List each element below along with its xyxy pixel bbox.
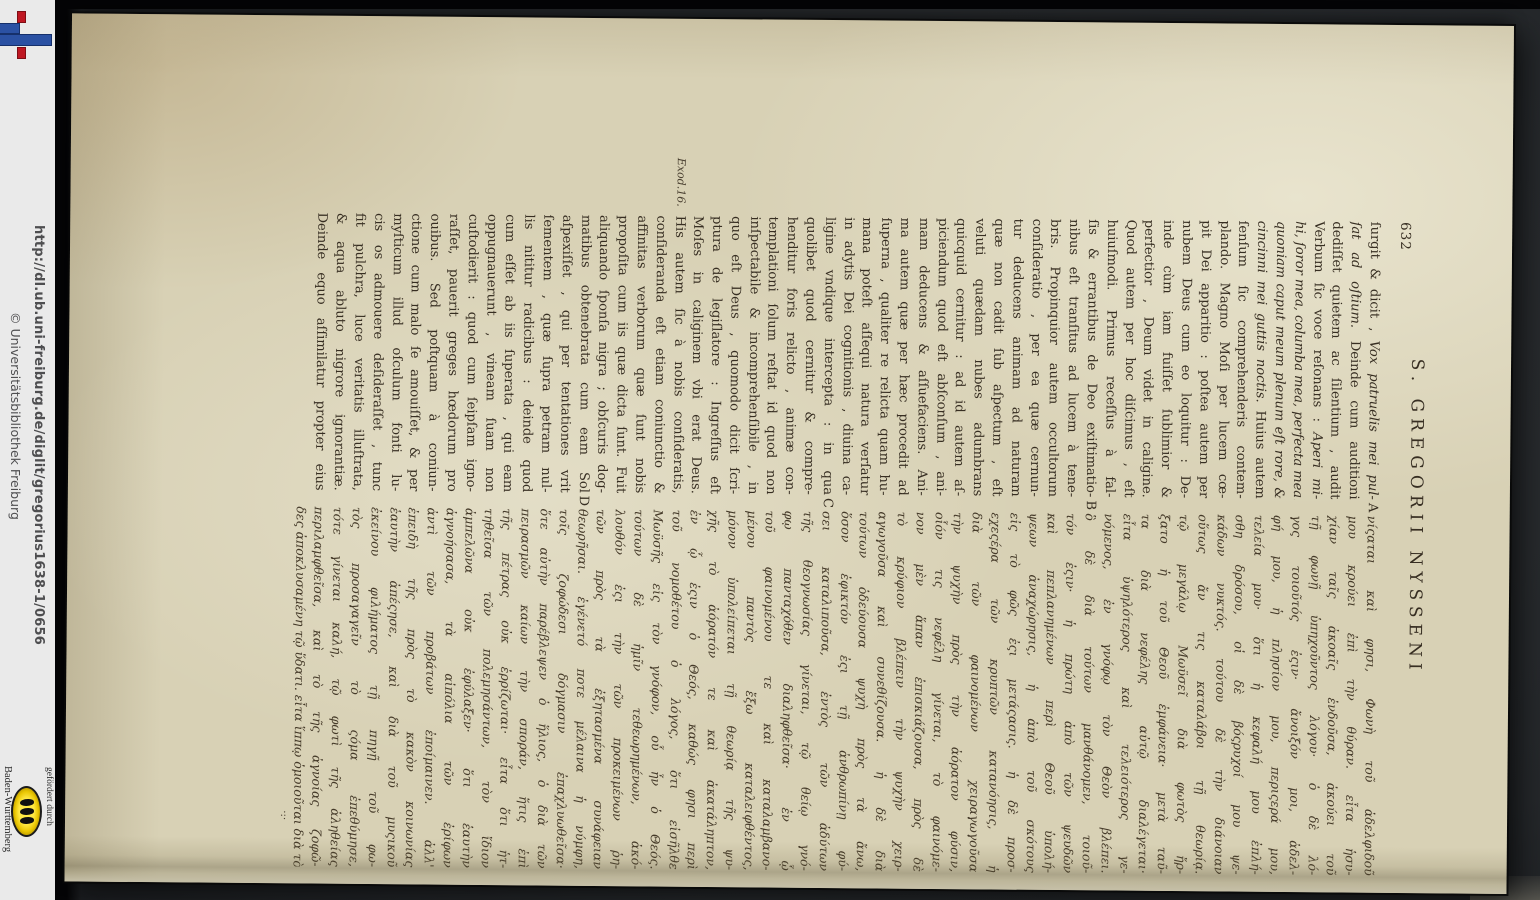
section-marker	[515, 492, 534, 508]
latin-line: nibus eſt tranſitus ad lucem à tene-	[1060, 219, 1081, 497]
latin-line: perfectior , Deum videt in caligine.	[1136, 220, 1157, 498]
latin-line: cum eſſet ab iis ſuperata , qui eam	[496, 214, 517, 492]
latin-line: matibus obtenebrata cum eam Sol	[572, 215, 593, 493]
greek-line: τότε γίνεται καλή, τῷ φωτὶ τῆς ἀληθείας	[324, 507, 346, 867]
greek-line: ὅσον ἐφικτόν ἐςι τῇ ἀνθρωπίνῃ φύ-	[831, 511, 853, 871]
greek-line: τούτων δὲ ἡμῖν τεθεωρημένων, ἀκό-	[625, 509, 647, 869]
latin-line: myſticum illud oſculum fonti lu-	[384, 213, 405, 491]
section-marker	[929, 496, 948, 512]
lion-mark-icon	[20, 799, 34, 806]
greek-line: οἷόν τις νεφέλη γίνεται, τὸ φαινόμε-	[925, 512, 947, 872]
running-header: S. GREGORII NYSSENI	[1403, 222, 1428, 812]
latin-line: templationi ſolum reſtat id quod non	[760, 216, 781, 494]
section-marker	[1023, 497, 1042, 513]
greek-line: τὴν ψυχὴν πρὸς τὴν ἀόρατον φύσιν,	[944, 512, 966, 872]
logo-blue-bar-short-icon	[0, 23, 20, 34]
greek-line: αγωγοῦσα καὶ συνεθίζουσα. ἡ δὲ διὰ	[869, 511, 891, 871]
section-marker	[1286, 499, 1305, 515]
logo-blue-bar-long-icon	[0, 34, 52, 46]
section-marker: A	[1361, 500, 1380, 516]
greek-line: ἐν ᾧ ἐςιν ὁ Θεός, καθώς φησι περὶ	[681, 510, 703, 870]
latin-line: aliquando ſponſa nigra ; obſcuris dog-	[590, 215, 611, 493]
section-marker	[1342, 500, 1361, 516]
section-marker	[1229, 499, 1248, 515]
greek-line: τα διὰ νεφέλης αὐτῷ διαλέγεται·	[1132, 514, 1154, 874]
greek-line: τῷ μεγάλῳ Μωϋσεῖ διὰ φωτὸς ἤρ-	[1170, 514, 1192, 874]
latin-line: cuſtodierit : quod cum ſeipſam igno-	[459, 214, 480, 492]
section-marker: D	[571, 493, 590, 509]
latin-line: aſpexiſſet , qui per tentationes vrit	[553, 215, 574, 493]
greek-line: πειρασμῶν καίων τὴν σποράν, ἥτις ἐπὶ	[512, 508, 534, 868]
greek-line: νόμενος, ἐν γνόφῳ τὸν Θεὸν βλέπει.	[1095, 513, 1117, 873]
latin-line: huiuſmodi. Primus receſſus à fal-	[1098, 219, 1119, 497]
latin-line: quolibet quod cernitur & compre-	[797, 217, 818, 495]
greek-line: τηθεῖσα τῶν πολεμησάντων, τὸν ἴδιον	[474, 508, 496, 868]
greek-line: εἰς τὸ φῶς ἐςι μετάςασις. ἡ δὲ προσ-	[1001, 513, 1023, 873]
section-marker	[421, 491, 440, 507]
greek-line: τοῦ φαινομένου τε καὶ καταλαμβανο-	[756, 510, 778, 870]
greek-line: ἑαυτὴν ἀπέςησε, καὶ διὰ τοῦ μυςικοῦ	[380, 507, 402, 867]
greek-line: τὸ κρύφιον βλέπειν τὴν ψυχὴν χειρ-	[888, 512, 910, 872]
lion-mark-icon	[20, 808, 34, 815]
greek-line: χῆς τὸ ἀόρατόν τε καὶ ἀκατάληπτον,	[700, 510, 722, 870]
latin-line: mana poteſt aſſequi natura verſatur	[854, 217, 875, 495]
section-marker	[1154, 498, 1173, 514]
section-marker	[1211, 498, 1230, 514]
greek-line: εχεςέρα τῶν κρυπτῶν κατανόησις, ἡ	[982, 512, 1004, 872]
greek-line: σθη δρόσου, οἱ δὲ βόςρυχοί μου ψε-	[1226, 515, 1248, 875]
greek-line: ἀμπελῶνα οὐκ ἐφύλαξεν· ὅτι ἑαυτὴν	[456, 508, 478, 868]
logo-red-square-top-icon	[17, 11, 26, 23]
greek-line: τούτων ὁδεύουσα ψυχὴ πρὸς τὰ ἄνω,	[850, 511, 872, 871]
latin-line: lis nititur radicibus : deinde quod	[515, 214, 536, 492]
latin-line: fit pulchra, luce veritatis illuſtrata,	[346, 213, 367, 491]
greek-line: εἶτα ὑψηλότερος καὶ τελειότερος γε-	[1113, 514, 1135, 874]
section-marker	[308, 490, 327, 506]
latin-line: veluti quædam nubes adumbrans	[966, 218, 987, 496]
section-marker	[741, 494, 760, 510]
greek-line: τὸς προσαγαγεῖν τὸ ςόμα ἐπεθύμησε,	[343, 507, 365, 867]
latin-line: in adytis Dei cognitionis , diuina ca-	[835, 217, 856, 495]
section-marker	[1004, 497, 1023, 513]
scan-viewer: http://dl.ub.uni-freiburg.de/diglit/greg…	[0, 0, 1540, 900]
greek-line: καὶ πεπλανημένων περὶ Θεοῦ ὑπολή-	[1038, 513, 1060, 873]
section-marker	[797, 495, 816, 511]
greek-line: ψεων ἀναχώρησις, ἡ ἀπὸ τοῦ σκότους	[1019, 513, 1041, 873]
latin-line: nubem Deus cum eo loquitur : De-	[1173, 220, 1194, 498]
latin-line: Quod autem per hoc diſcimus , eſt	[1117, 220, 1138, 498]
latin-line: dediſſet quietem ac ſilentium , audit	[1323, 221, 1344, 499]
latin-line: ſurgit & dicit , Vox patruelis mei pul-	[1361, 222, 1382, 500]
section-marker	[384, 491, 403, 507]
latin-line: His autem ſic à nobis conſideratis,	[666, 216, 687, 494]
lion-mark-icon	[20, 817, 34, 824]
greek-line: μένου παντὸς ἔξω καταλειφθέντος,	[738, 510, 760, 870]
section-marker	[910, 496, 929, 512]
greek-line: ξατο ἡ τοῦ Θεοῦ ἐμφάνεια· μετὰ ταῦ-	[1151, 514, 1173, 874]
section-marker	[1305, 499, 1324, 515]
library-sidebar: http://dl.ub.uni-freiburg.de/diglit/greg…	[0, 0, 55, 900]
section-marker	[985, 496, 1004, 512]
latin-line: propoſita cum iis quæ dicta ſunt. Fuit	[609, 215, 630, 493]
greek-line: κάδων νυκτός. τούτου δὲ τὴν διάνοιαν	[1207, 514, 1229, 874]
latin-line: oppugnauerunt , vineam ſuam non	[478, 214, 499, 492]
section-marker: B	[1079, 497, 1098, 513]
section-marker	[684, 494, 703, 510]
section-marker	[590, 493, 609, 509]
latin-line: plando. Magno Moſi per lucem cœ-	[1211, 220, 1232, 498]
section-marker	[1173, 498, 1192, 514]
section-marker	[534, 492, 553, 508]
section-marker	[966, 496, 985, 512]
section-marker	[1060, 497, 1079, 513]
latin-line: cincinni mei guttis noctis. Huius autem	[1248, 221, 1269, 499]
section-marker	[1098, 497, 1117, 513]
greek-line: σει καταλιποῦσα, ἐντὸς τῶν ἀδύτων	[813, 511, 835, 871]
section-marker	[402, 491, 421, 507]
greek-line: μόνον ὑπολείπεται τῇ θεωρίᾳ τῆς ψυ-	[719, 510, 741, 870]
stray-ink-mark: ·:·	[278, 810, 289, 820]
margin-note: Exod.16.	[668, 19, 689, 216]
funding-region: Baden-Württemberg	[2, 766, 13, 852]
latin-line: hi, ſoror mea, columba mea, perfecta mea…	[1286, 221, 1307, 499]
section-marker	[947, 496, 966, 512]
section-marker	[1117, 498, 1136, 514]
latin-line: affinitas verborum quæ ſunt nobis	[628, 215, 649, 493]
greek-line: τοῖς ζοφώδεσι δόγμασιν ἐπαχλυωθεῖσα·	[550, 509, 572, 869]
section-marker	[290, 490, 309, 506]
section-marker	[853, 495, 872, 511]
section-marker	[1135, 498, 1154, 514]
latin-line: ouibus. Sed poſtquam à coniun-	[421, 213, 442, 491]
greek-line: χίαν ταῖς ἀκοαῖς ἐνδοῦσα, ἀκούει τοῦ	[1320, 515, 1342, 875]
section-marker	[553, 493, 572, 509]
latin-line: Verbum ſic voce reſonans : Aperi mi-	[1305, 221, 1326, 499]
greek-line: τελεία μου· ὅτι ἡ κεφαλή μου ἐπλή-	[1245, 515, 1267, 875]
latin-line: ptura de legiſlatore : Ingreſſus eſt	[703, 216, 724, 494]
greek-line: οὕτως ἄν τις καταλάβοι τῇ θεωρίᾳ.	[1189, 514, 1211, 874]
book-page-content: 632 S. GREGORII NYSSENI ſurgit & dicit ,…	[64, 13, 1514, 894]
latin-line: pit Dei apparitio : poſtea autem per	[1192, 220, 1213, 498]
logo-red-square-bottom-icon	[17, 47, 26, 59]
latin-line: Deinde equo aſſimilatur propter eius	[308, 213, 329, 491]
section-marker	[609, 493, 628, 509]
latin-line: piciendum quod eſt abſconſum , ani-	[929, 218, 950, 496]
latin-line	[290, 212, 311, 490]
latin-line: ſat ad oſtium. Deinde cum auditioni	[1342, 222, 1363, 500]
latin-line: ſuperna , qualiter re relicta quam hu-	[872, 217, 893, 495]
greek-line: τῇ φωνῇ ὑπηχοῦντος λόγου· ὁ δὲ λό-	[1301, 515, 1323, 875]
latin-line: quo eſt Deus , quomodo dicit ſcri-	[722, 216, 743, 494]
greek-line: τόν ἐςιν· ἡ πρώτη ἀπὸ τῶν ψευδῶν	[1057, 513, 1079, 873]
section-marker	[1041, 497, 1060, 513]
latin-line: conſideranda eſt etiam coniunctio &	[647, 215, 668, 493]
greek-line: λουθόν ἐςι τὴν τῶν προκειμένων ῥη-	[606, 509, 628, 869]
greek-line: νον μὲν ἅπαν ἐπισκιάζουσα, πρὸς δὲ	[907, 512, 929, 872]
greek-line: περιλαμφθεῖσα, καὶ τὸ τῆς ἀγνοίας ζοφῶ-	[305, 506, 327, 866]
section-marker	[1192, 498, 1211, 514]
greek-line: ἐκείνου φιλήματος τῇ πηγῇ τοῦ φω-	[362, 507, 384, 867]
greek-line: ἐπειδὴ τῆς πρὸς τὸ κακὸν κοινωνίας	[399, 507, 421, 867]
latin-line: ſenſum ſic comprehenderis contem-	[1229, 221, 1250, 499]
section-marker	[759, 494, 778, 510]
greek-line: γος τοιοῦτός ἐςιν· ἄνοιξόν μοι, ἀδελ-	[1283, 515, 1305, 875]
greek-line: τῆς πέτρας οὐκ ἐρρίζωται· εἶτα ὅτι ἡτ-	[493, 508, 515, 868]
latin-line: conſideratio , per ea quæ cernun-	[1023, 219, 1044, 497]
copyright-notice: © Universitätsbibliothek Freiburg	[8, 312, 23, 520]
section-marker	[835, 495, 854, 511]
latin-line: mam deducens & aſſuefaciens. Ani-	[910, 218, 931, 496]
section-marker	[496, 492, 515, 508]
scanned-page: 632 S. GREGORII NYSSENI ſurgit & dicit ,…	[64, 13, 1514, 894]
greek-line: φῳ πανταχόθεν διαληφθεῖσα· ἐν ᾧ	[775, 511, 797, 871]
latin-line: ligine vndique intercepta : in qua	[816, 217, 837, 495]
greek-line: διὰ τῶν φαινομένων χειραγωγοῦσα	[963, 512, 985, 872]
latin-line: ma autem quæ per hæc procedit ad	[891, 218, 912, 496]
greek-line: τῶν πρὸς τὰ ἐξητασμένα συνάφειαν	[587, 509, 609, 869]
greek-line: ὅτε αὐτὴν παρέβλεψεν ὁ ἥλιος, ὁ διὰ τῶν	[531, 508, 553, 868]
latin-line: ſis & errantibus de Deo exiſtimatio-	[1079, 219, 1100, 497]
section-marker	[459, 492, 478, 508]
greek-line: ἀγνοήσασα, τὰ αἰπόλια τῶν ἐρίφων	[437, 508, 459, 868]
section-marker	[722, 494, 741, 510]
section-marker	[647, 493, 666, 509]
latin-line: Moſes in caliginem vbi erat Deus.	[684, 216, 705, 494]
greek-line: φή μου, ἡ πλησίον μου, περιςερά μου,	[1264, 515, 1286, 875]
baden-wuerttemberg-coat-of-arms-icon	[11, 786, 42, 837]
latin-line: ſementem , quæ ſupra petram nul-	[534, 214, 555, 492]
latin-line: quoniam caput meum plenum eſt rore, &	[1267, 221, 1288, 499]
section-marker	[703, 494, 722, 510]
greek-line: ἀντὶ τῶν προβάτων ἐποίμαινεν. ἀλλ'	[418, 507, 440, 867]
greek-line: τοῦ νομοθέτου ὁ λόγος, ὅτι εἰσῆλθε	[662, 510, 684, 870]
section-marker	[327, 491, 346, 507]
greek-line: θεωρῆσαι. ἐγένετό ποτε μέλαινα ἡ νύμφη,	[568, 509, 590, 869]
source-url: http://dl.ub.uni-freiburg.de/diglit/greg…	[31, 225, 46, 645]
greek-line: μου κρούει ἐπὶ τὴν θύραν. εἶτα ἡσυ-	[1339, 516, 1361, 876]
section-marker	[665, 494, 684, 510]
latin-line: cis os admouere deſideraſſet , tunc	[365, 213, 386, 491]
latin-line: quæ non cadit ſub aſpectum , eſt	[985, 218, 1006, 496]
section-marker	[891, 496, 910, 512]
text-block: ſurgit & dicit , Vox patruelis mei pul-A…	[286, 15, 1384, 892]
section-marker: C	[816, 495, 835, 511]
section-marker	[628, 493, 647, 509]
greek-line: νίςαται καὶ φησι, Φωνὴ τοῦ ἀδελφιδοῦ	[1358, 516, 1380, 876]
funding-label: gefördert durch	[44, 767, 54, 826]
latin-line: henditur foris relicto , animæ con-	[778, 217, 799, 495]
section-marker	[1267, 499, 1286, 515]
latin-line: inſpectabile & incomprehenſibile , in	[741, 216, 762, 494]
greek-line: δες ἀποκλυσαμένη τῷ ὕδατι. εἶτα ἵππῳ ὁμο…	[286, 506, 308, 866]
section-marker	[346, 491, 365, 507]
latin-line: bris. Propinquior autem occultorum	[1042, 219, 1063, 497]
section-marker	[478, 492, 497, 508]
section-marker	[778, 495, 797, 511]
section-marker	[1248, 499, 1267, 515]
latin-line: raſſet, pauerit greges hœdorum pro	[440, 214, 461, 492]
greek-line: Μωϋσῆς εἰς τὸν γνόφον, οὗ ἦν ὁ Θεός.	[644, 509, 666, 869]
latin-line: & aqua abluto nigrore ignorantiæ.	[327, 213, 348, 491]
section-marker	[872, 495, 891, 511]
section-marker	[440, 492, 459, 508]
section-marker	[1323, 499, 1342, 515]
latin-line: inde cùm iam fuiſſet ſublimior &	[1154, 220, 1175, 498]
latin-line: ctione cum malo ſe amouiſſet, & per	[402, 213, 423, 491]
latin-line: tur deducens animam ad naturam	[1004, 219, 1025, 497]
section-marker	[365, 491, 384, 507]
greek-line: τῆς θεογνωσίας γίνεται, τῷ θείῳ γνό-	[794, 511, 816, 871]
greek-line: ὃ δὲ διὰ τούτων μανθάνομεν, τοιοῦ-	[1076, 513, 1098, 873]
latin-line: quicquid cernitur : ad id autem aſ-	[948, 218, 969, 496]
